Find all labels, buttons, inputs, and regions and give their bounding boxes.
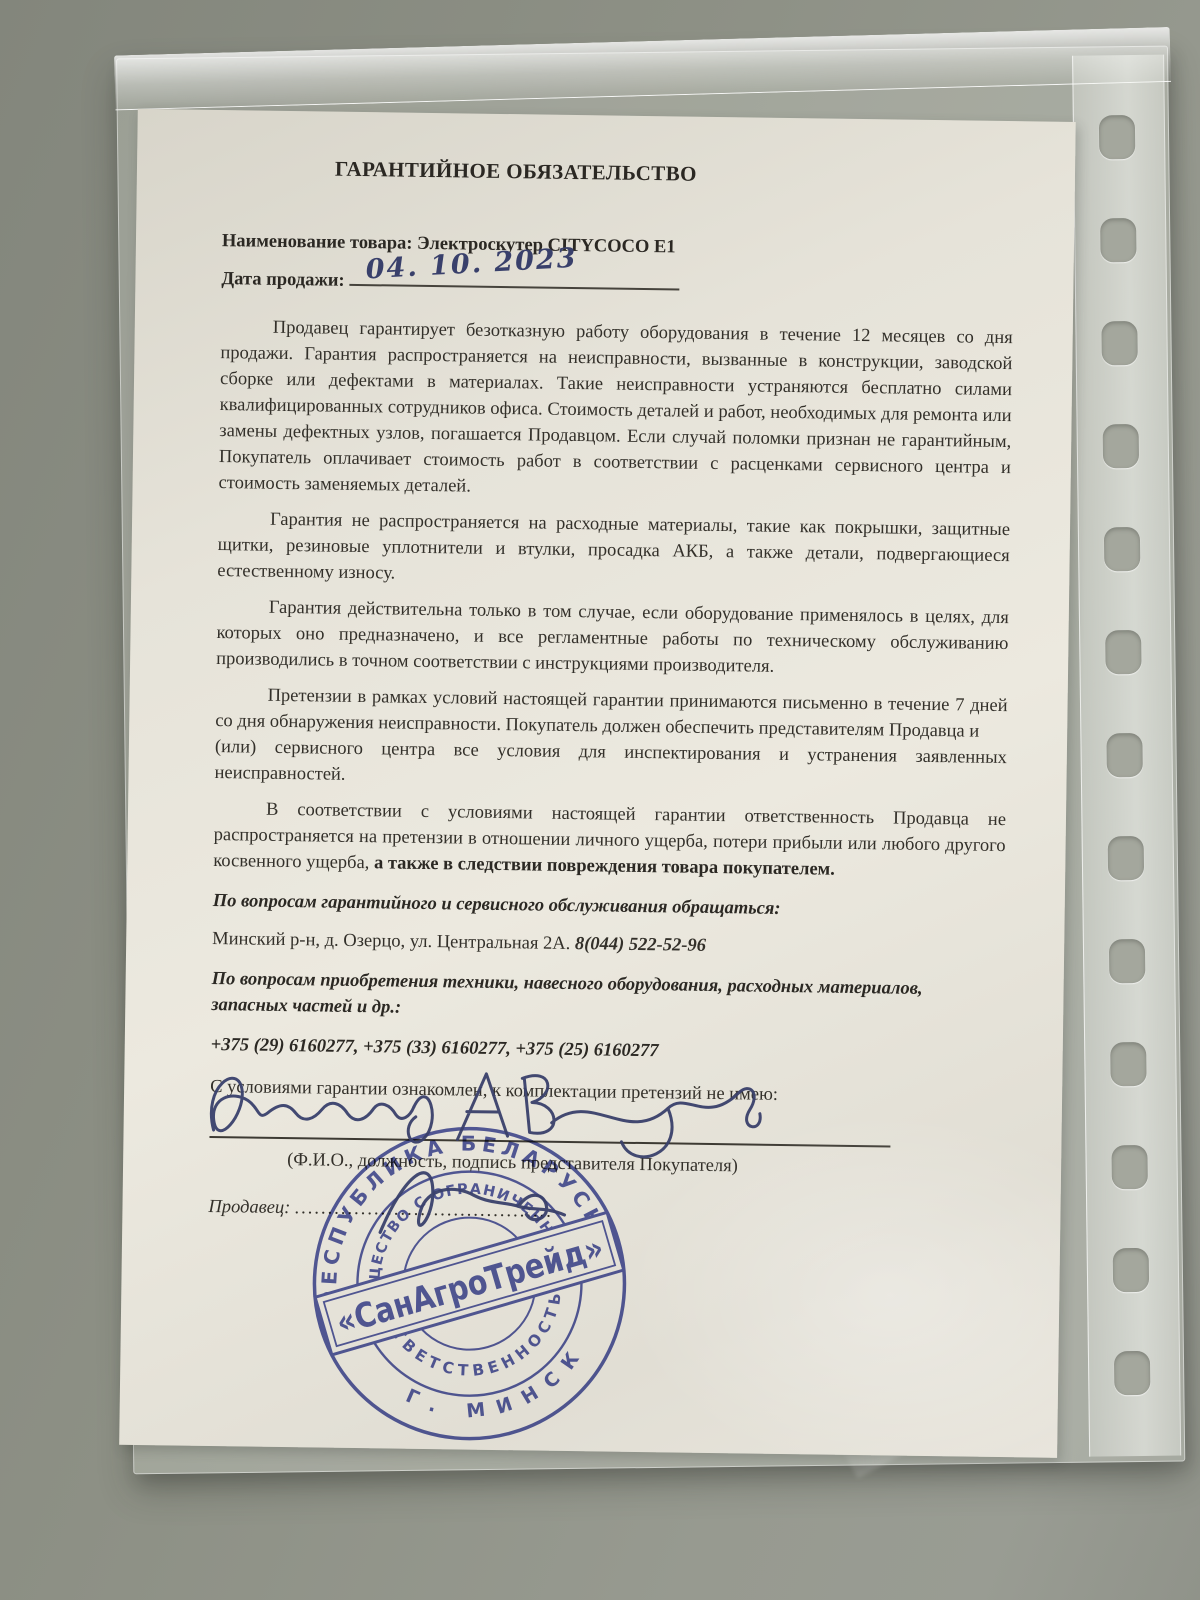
punch-hole bbox=[1101, 321, 1138, 365]
punch-hole bbox=[1104, 527, 1141, 571]
punch-hole bbox=[1103, 424, 1140, 468]
warranty-paragraph: Претензии в рамках условий настоящей гар… bbox=[214, 682, 1007, 797]
punch-hole bbox=[1113, 1248, 1150, 1292]
sale-date-label: Дата продажи: bbox=[221, 269, 344, 291]
document-title: ГАРАНТИЙНОЕ ОБЯЗАТЕЛЬСТВО bbox=[335, 156, 1015, 191]
punch-hole bbox=[1108, 836, 1145, 880]
warranty-paragraph: В соответствии с условиями настоящей гар… bbox=[213, 796, 1006, 885]
sale-date-line: Дата продажи: 04. 10. 2023 bbox=[221, 262, 1013, 309]
seller-signature-scrawl bbox=[368, 1148, 590, 1269]
sleeve-top-flap bbox=[114, 27, 1171, 111]
service-contact-heading: По вопросам гарантийного и сервисного об… bbox=[213, 888, 1005, 925]
punch-hole bbox=[1100, 218, 1137, 262]
punch-hole bbox=[1105, 630, 1142, 674]
liability-paragraph-bold: а также в следствии повреждения товара п… bbox=[374, 853, 835, 879]
claims-paragraph-part2: (или) сервисного центра все условия для … bbox=[214, 737, 1007, 785]
punch-hole bbox=[1106, 733, 1143, 777]
claims-paragraph-part1: Претензии в рамках условий настоящей гар… bbox=[215, 686, 1008, 742]
photo-background: ГАРАНТИЙНОЕ ОБЯЗАТЕЛЬСТВО Наименование т… bbox=[0, 0, 1200, 1600]
punch-hole bbox=[1099, 115, 1136, 159]
warranty-paragraph: Гарантия не распространяется на расходны… bbox=[217, 506, 1010, 595]
warranty-paragraph: Гарантия действительна только в том случ… bbox=[216, 594, 1009, 683]
product-name-line: Наименование товара: Электроскутер CITYC… bbox=[222, 228, 1014, 265]
punch-hole bbox=[1111, 1145, 1148, 1189]
sales-contact-heading: По вопросам приобретения техники, навесн… bbox=[211, 966, 1004, 1029]
service-address-line: Минский р-н, д. Озерцо, ул. Центральная … bbox=[212, 926, 1004, 963]
warranty-document-paper: ГАРАНТИЙНОЕ ОБЯЗАТЕЛЬСТВО Наименование т… bbox=[119, 109, 1076, 1458]
punch-hole bbox=[1109, 939, 1146, 983]
plastic-sleeve: ГАРАНТИЙНОЕ ОБЯЗАТЕЛЬСТВО Наименование т… bbox=[116, 46, 1185, 1475]
warranty-paragraph: Продавец гарантирует безотказную работу … bbox=[218, 314, 1012, 507]
product-name-label: Наименование товара: bbox=[222, 231, 413, 254]
punch-hole bbox=[1114, 1351, 1151, 1395]
service-phone: 8(044) 522-52-96 bbox=[575, 934, 706, 956]
punched-hole-strip bbox=[1072, 55, 1181, 1457]
service-address: Минский р-н, д. Озерцо, ул. Центральная … bbox=[212, 929, 570, 954]
punch-hole bbox=[1110, 1042, 1147, 1086]
sale-date-underline: 04. 10. 2023 bbox=[349, 264, 679, 291]
